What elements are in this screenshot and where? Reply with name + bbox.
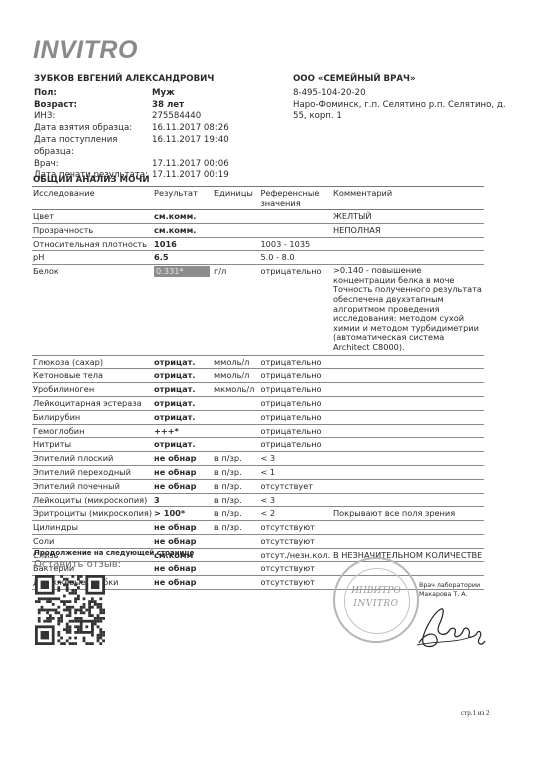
test-reference: отрицательно [259, 438, 332, 452]
test-comment [332, 369, 484, 383]
doctor-title: Врач лаборатории [419, 582, 480, 591]
test-name: Эпителий почечный [32, 479, 153, 493]
test-result: не обнар [153, 534, 213, 548]
test-name: Уробилиноген [32, 383, 153, 397]
test-result: не обнар [153, 479, 213, 493]
patient-field-label: Врач: [34, 159, 152, 171]
test-unit [213, 210, 259, 224]
table-row: Эритроциты (микроскопия)> 100*в п/зр.< 2… [32, 507, 484, 521]
table-row: Билирубинотрицат.отрицательно [32, 410, 484, 424]
patient-field-value: Муж [152, 88, 175, 100]
column-header: Референсные значения [259, 187, 332, 210]
table-row: Лейкоциты (микроскопия)3в п/зр.< 3 [32, 493, 484, 507]
test-unit: г/л [213, 265, 259, 355]
patient-field-label: Дата взятия образца: [34, 123, 152, 135]
test-reference: отрицательно [259, 410, 332, 424]
patient-field-label: Пол: [34, 88, 152, 100]
test-result: см.комм. [153, 210, 213, 224]
test-comment [332, 251, 484, 265]
test-reference: отрицательно [259, 355, 332, 369]
test-name: pH [32, 251, 153, 265]
test-unit: в п/зр. [213, 493, 259, 507]
test-comment: Покрывают все поля зрения [332, 507, 484, 521]
test-comment [332, 237, 484, 251]
test-name: Лейкоциты (микроскопия) [32, 493, 153, 507]
feedback-label: Оставить отзыв: [34, 559, 121, 570]
clinic-info: ООО «СЕМЕЙНЫЙ ВРАЧ» 8-495-104-20-20 Наро… [293, 74, 513, 123]
continue-note: Продолжение на следующей странице [34, 549, 194, 557]
test-unit [213, 410, 259, 424]
test-result: см.комм. [153, 223, 213, 237]
test-reference: отсутствуют [259, 562, 332, 576]
clinic-name: ООО «СЕМЕЙНЫЙ ВРАЧ» [293, 74, 513, 86]
test-unit [213, 548, 259, 562]
patient-field: Врач:17.11.2017 00:06 [34, 159, 229, 171]
table-row: Цветсм.комм.ЖЕЛТЫЙ [32, 210, 484, 224]
patient-field-value: 275584440 [152, 111, 201, 123]
test-comment [332, 493, 484, 507]
patient-field-value: 16.11.2017 08:26 [152, 123, 229, 135]
test-unit [213, 396, 259, 410]
column-header: Исследование [32, 187, 153, 210]
test-unit [213, 223, 259, 237]
test-unit: в п/зр. [213, 465, 259, 479]
clinic-address: Наро-Фоминск, г.п. Селятино р.п. Селятин… [293, 100, 513, 124]
stamp-text-ru: ИНВИТРО [335, 586, 417, 596]
patient-field: ИНЗ:275584440 [34, 111, 229, 123]
test-result: не обнар [153, 576, 213, 590]
test-comment: ЖЕЛТЫЙ [332, 210, 484, 224]
test-name: Лейкоцитарная эстераза [32, 396, 153, 410]
test-name: Билирубин [32, 410, 153, 424]
abnormal-result-highlight: 0.331* [154, 266, 210, 277]
table-row: Относительная плотность10161003 - 1035 [32, 237, 484, 251]
patient-field-label: ИНЗ: [34, 111, 152, 123]
table-row: Эпителий плоскийне обнарв п/зр.< 3 [32, 452, 484, 466]
results-body: Цветсм.комм.ЖЕЛТЫЙПрозрачностьсм.комм.НЕ… [32, 210, 484, 590]
table-row: Солине обнаротсутствуют [32, 534, 484, 548]
test-unit: ммоль/л [213, 355, 259, 369]
test-unit: в п/зр. [213, 479, 259, 493]
patient-field: Дата поступления образца:16.11.2017 19:4… [34, 135, 229, 159]
test-result: 6.5 [153, 251, 213, 265]
test-name: Кетоновые тела [32, 369, 153, 383]
table-row: Уробилиногенотрицат.мкмоль/лотрицательно [32, 383, 484, 397]
test-reference: < 1 [259, 465, 332, 479]
test-comment: НЕПОЛНАЯ [332, 223, 484, 237]
stamp-text-en: INVITRO [335, 599, 417, 609]
test-unit: в п/зр. [213, 452, 259, 466]
test-comment [332, 438, 484, 452]
page-number: стр.1 из 2 [461, 709, 490, 717]
test-name: Глюкоза (сахар) [32, 355, 153, 369]
patient-info: ЗУБКОВ ЕВГЕНИЙ АЛЕКСАНДРОВИЧ Пол:МужВозр… [34, 74, 229, 182]
test-reference: 1003 - 1035 [259, 237, 332, 251]
patient-fields: Пол:МужВозраст:38 летИНЗ:275584440Дата в… [34, 88, 229, 182]
test-comment [332, 355, 484, 369]
test-reference: < 2 [259, 507, 332, 521]
patient-field-value: 38 лет [152, 100, 184, 112]
test-result: отрицат. [153, 438, 213, 452]
test-reference: отрицательно [259, 265, 332, 355]
test-name: Прозрачность [32, 223, 153, 237]
clinic-phone: 8-495-104-20-20 [293, 88, 513, 100]
patient-field: Пол:Муж [34, 88, 229, 100]
test-unit: в п/зр. [213, 507, 259, 521]
column-header: Единицы [213, 187, 259, 210]
patient-name: ЗУБКОВ ЕВГЕНИЙ АЛЕКСАНДРОВИЧ [34, 74, 229, 86]
patient-field-label: Дата поступления образца: [34, 135, 152, 159]
section-title: ОБЩИЙ АНАЛИЗ МОЧИ [33, 175, 150, 185]
test-comment [332, 410, 484, 424]
doctor-name: Макарова Т. А. [419, 591, 480, 600]
test-reference: 5.0 - 8.0 [259, 251, 332, 265]
test-reference: < 3 [259, 452, 332, 466]
test-comment [332, 424, 484, 438]
test-reference [259, 223, 332, 237]
test-result: > 100* [153, 507, 213, 521]
results-header-row: ИсследованиеРезультатЕдиницыРеференсные … [32, 187, 484, 210]
patient-field-value: 16.11.2017 19:40 [152, 135, 229, 159]
feedback-qr-code[interactable] [35, 575, 105, 645]
test-reference: < 3 [259, 493, 332, 507]
test-result: отрицат. [153, 383, 213, 397]
table-row: Белок0.331*г/лотрицательно>0.140 - повыш… [32, 265, 484, 355]
table-row: pH6.55.0 - 8.0 [32, 251, 484, 265]
test-comment [332, 521, 484, 535]
lab-stamp: ИНВИТРО INVITRO [333, 557, 419, 643]
test-result: 1016 [153, 237, 213, 251]
test-reference: отсутствуют [259, 521, 332, 535]
test-unit [213, 424, 259, 438]
test-comment [332, 479, 484, 493]
test-result: 3 [153, 493, 213, 507]
test-reference: отрицательно [259, 383, 332, 397]
test-unit: в п/зр. [213, 521, 259, 535]
test-name: Цилиндры [32, 521, 153, 535]
test-name: Гемоглобин [32, 424, 153, 438]
test-result: отрицат. [153, 355, 213, 369]
test-result: не обнар [153, 452, 213, 466]
patient-field: Возраст:38 лет [34, 100, 229, 112]
test-comment: В НЕЗНАЧИТЕЛЬНОМ КОЛИЧЕСТВЕ [332, 548, 484, 562]
column-header: Результат [153, 187, 213, 210]
test-unit [213, 438, 259, 452]
test-unit: ммоль/л [213, 369, 259, 383]
test-result: 0.331* [153, 265, 213, 355]
test-result: отрицат. [153, 369, 213, 383]
table-row: Цилиндрыне обнарв п/зр.отсутствуют [32, 521, 484, 535]
test-comment [332, 465, 484, 479]
test-result: отрицат. [153, 396, 213, 410]
test-comment [332, 383, 484, 397]
test-unit [213, 562, 259, 576]
results-table: ИсследованиеРезультатЕдиницыРеференсные … [32, 186, 484, 590]
test-result: не обнар [153, 465, 213, 479]
test-reference: отсутствуют [259, 576, 332, 590]
test-reference: отсут./незн.кол. [259, 548, 332, 562]
test-reference: отсутствует [259, 479, 332, 493]
patient-field-label: Возраст: [34, 100, 152, 112]
test-result: +++* [153, 424, 213, 438]
test-unit [213, 576, 259, 590]
test-name: Эритроциты (микроскопия) [32, 507, 153, 521]
test-comment [332, 396, 484, 410]
patient-field-value: 17.11.2017 00:06 [152, 159, 229, 171]
test-result: отрицат. [153, 410, 213, 424]
test-unit [213, 534, 259, 548]
test-unit [213, 237, 259, 251]
table-row: Прозрачностьсм.комм.НЕПОЛНАЯ [32, 223, 484, 237]
table-row: Эпителий переходныйне обнарв п/зр.< 1 [32, 465, 484, 479]
test-reference: отрицательно [259, 369, 332, 383]
test-comment: >0.140 - повышение концентрации белка в … [332, 265, 484, 355]
test-name: Нитриты [32, 438, 153, 452]
test-reference: отсутствуют [259, 534, 332, 548]
test-name: Эпителий переходный [32, 465, 153, 479]
test-name: Цвет [32, 210, 153, 224]
test-comment [332, 534, 484, 548]
patient-field: Дата взятия образца:16.11.2017 08:26 [34, 123, 229, 135]
table-row: Кетоновые телаотрицат.ммоль/лотрицательн… [32, 369, 484, 383]
column-header: Комментарий [332, 187, 484, 210]
table-row: Гемоглобин+++*отрицательно [32, 424, 484, 438]
test-reference: отрицательно [259, 424, 332, 438]
test-name: Соли [32, 534, 153, 548]
test-name: Относительная плотность [32, 237, 153, 251]
invitro-logo: INVITRO [33, 36, 138, 65]
table-row: Эпителий почечныйне обнарв п/зр.отсутств… [32, 479, 484, 493]
test-unit: мкмоль/л [213, 383, 259, 397]
test-reference: отрицательно [259, 396, 332, 410]
test-comment [332, 452, 484, 466]
test-name: Белок [32, 265, 153, 355]
doctor-info: Врач лаборатории Макарова Т. А. [419, 582, 480, 599]
test-result: не обнар [153, 521, 213, 535]
test-reference [259, 210, 332, 224]
table-row: Нитритыотрицат.отрицательно [32, 438, 484, 452]
table-row: Глюкоза (сахар)отрицат.ммоль/лотрицатель… [32, 355, 484, 369]
patient-field-value: 17.11.2017 00:19 [152, 170, 229, 182]
doctor-signature [415, 603, 490, 653]
test-name: Эпителий плоский [32, 452, 153, 466]
table-row: Лейкоцитарная эстеразаотрицат.отрицатель… [32, 396, 484, 410]
test-result: не обнар [153, 562, 213, 576]
test-unit [213, 251, 259, 265]
